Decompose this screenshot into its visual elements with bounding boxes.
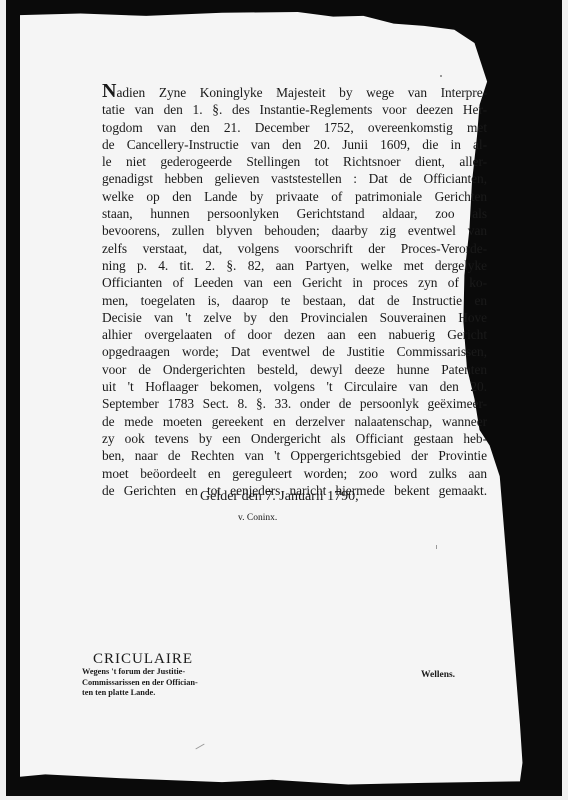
paper-speck (436, 545, 437, 549)
signature-wellens: Wellens. (421, 670, 455, 680)
body-line: uit 't Hoflaager bekomen, volgens 't Cir… (102, 378, 487, 395)
body-line: de Cancellery-Instructie van den 20. Jun… (102, 136, 487, 153)
body-line: Officianten of Leeden van een Gericht in… (102, 274, 487, 291)
body-line: men, toegelaten is, daarop te bestaan, d… (102, 292, 487, 309)
footer-subtitle-line: Wegens 't forum der Justitie- (82, 667, 198, 678)
body-line: zelfs verstaat, dat, volgens voorschrift… (102, 240, 487, 257)
body-line: ben, naar de Rechten van 't Oppergericht… (102, 447, 487, 464)
body-line: ning p. 4. tit. 2. §. 82, aan Partyen, w… (102, 257, 487, 274)
footer-subtitle-line: ten ten platte Lande. (82, 688, 198, 699)
body-line: September 1783 Sect. 8. §. 33. onder de … (102, 395, 487, 412)
body-line: opgedraagen worde; Dat eventwel de Justi… (102, 343, 487, 360)
body-line: togdom van den 21. December 1752, overee… (102, 119, 487, 136)
body-line: alhier overgelaaten of door dezen aan ee… (102, 326, 487, 343)
body-line-1: Nadien Zyne Koninglyke Majesteit by wege… (102, 83, 487, 101)
signature-coninx: v. Coninx. (238, 513, 277, 523)
body-line: Decisie van 't zelve by den Provincialen… (102, 309, 487, 326)
body-line: le niet gederogeerde Stellingen tot Rich… (102, 153, 487, 170)
body-line: zy ook tevens by een Ondergericht als Of… (102, 430, 487, 447)
body-line: genadigst hebben gelieven vaststestellen… (102, 170, 487, 187)
drop-initial: N (102, 80, 116, 102)
circular-footer: CRICULAIRE Wegens 't forum der Justitie-… (82, 651, 198, 699)
body-line: moet beöordeelt en gereguleert worden; z… (102, 465, 487, 482)
body-line: staan, hunnen persoonlyken Gerichtstand … (102, 205, 487, 222)
body-line: welke op den Lande by privaate of patrim… (102, 188, 487, 205)
body-line: voor de Ondergerichten besteld, dewyl de… (102, 361, 487, 378)
body-line: de mede moeten gereekent en derzelver na… (102, 413, 487, 430)
footer-title: CRICULAIRE (93, 651, 198, 667)
footer-subtitle-line: Commissarissen en der Offician- (82, 678, 198, 689)
circular-body-text: Nadien Zyne Koninglyke Majesteit by wege… (102, 83, 487, 499)
body-line: bevoorens, zullen blyven behouden; daarb… (102, 222, 487, 239)
body-line: tatie van den 1. §. des Instantie-Reglem… (102, 101, 487, 118)
paper-speck (440, 75, 442, 77)
date-line: Gelder den 7. Januarii 1790, (200, 489, 359, 505)
